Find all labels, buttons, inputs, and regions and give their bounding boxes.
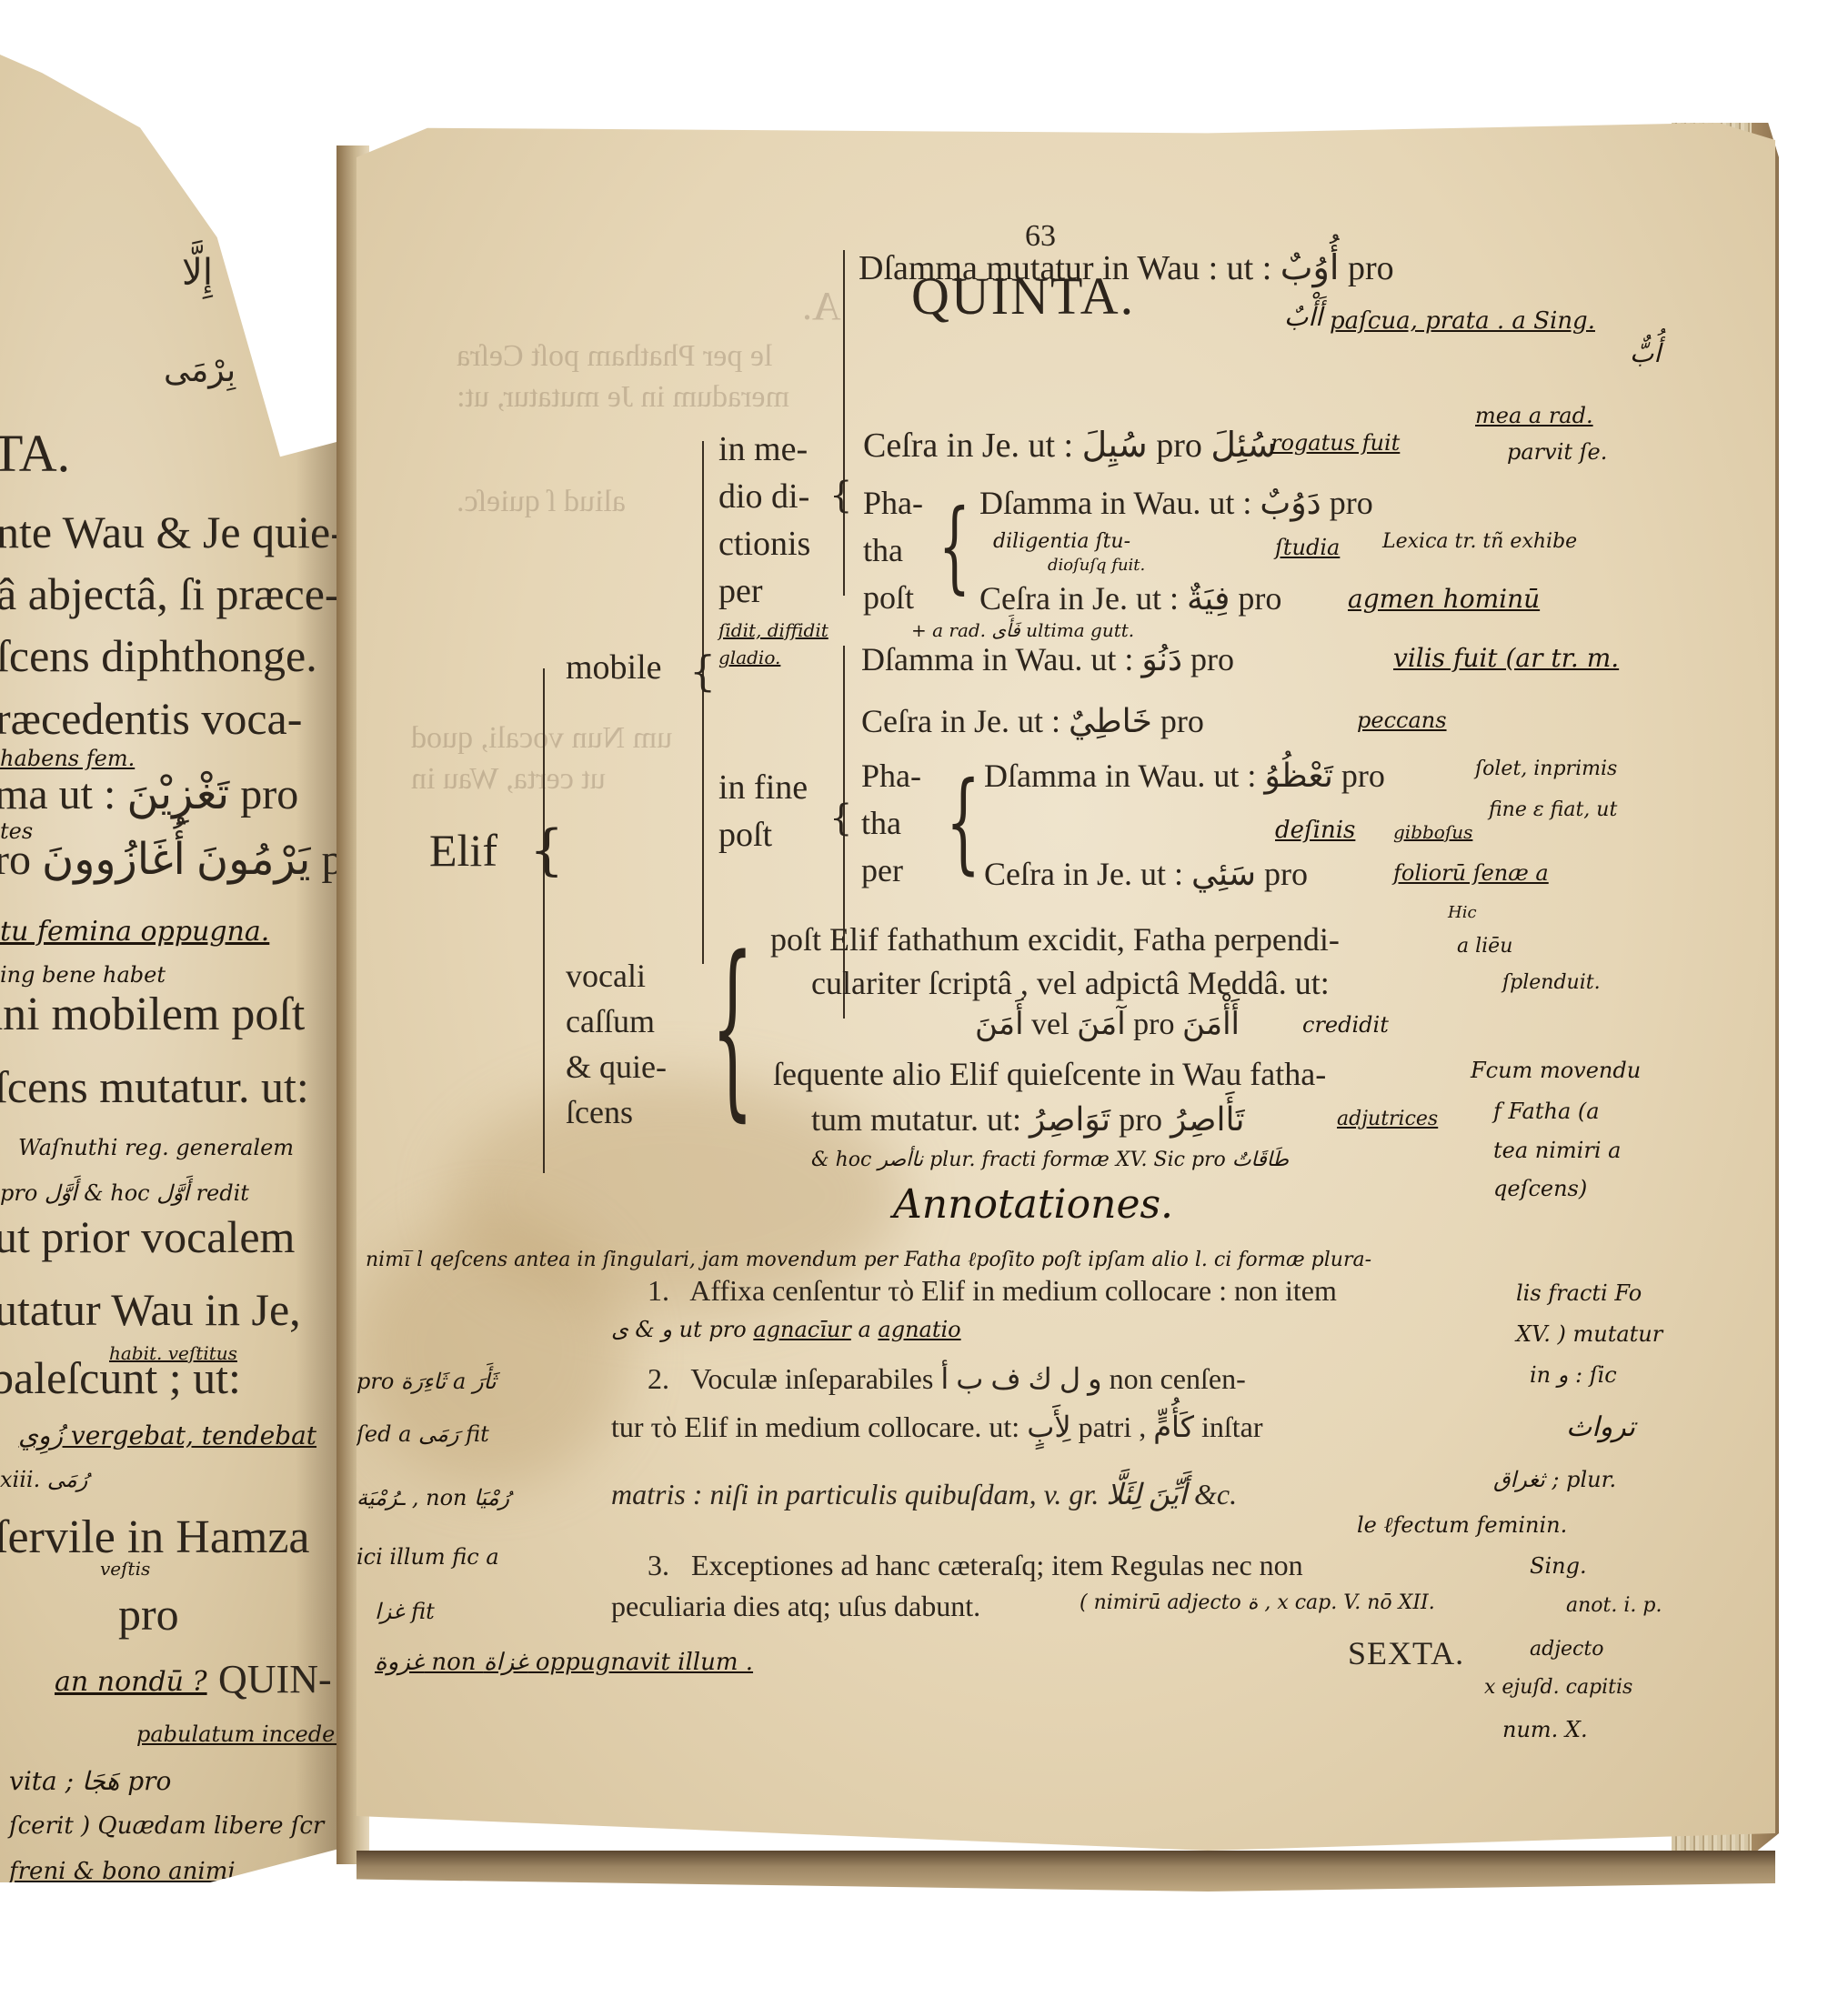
- gloss-ubb: أُبٌّ: [1630, 341, 1661, 366]
- vocali-rule-2: culariter ſcriptâ , vel adpictâ Meddâ. u…: [811, 967, 1330, 999]
- rule-arabic: سَئِي: [1191, 856, 1256, 893]
- left-line-14: QUIN-: [218, 1660, 332, 1700]
- gloss-part: pro: [708, 1317, 746, 1342]
- annotations-heading: Annotationes.: [893, 1185, 1173, 1225]
- gloss-qescens: qeſcens): [1493, 1178, 1587, 1199]
- left-hand-habens: habens fem.: [0, 748, 135, 769]
- gloss-ghaza: غزا fit: [375, 1601, 435, 1622]
- gloss-rogatus: rogatus fuit: [1270, 432, 1400, 454]
- rule-text: Ceſra in Je. ut :: [861, 703, 1060, 739]
- gloss-plur-fracti: & hoc ناأصر plur. fracti formæ XV. Sic p…: [811, 1150, 1289, 1170]
- rule-text: Dſamma in Wau. ut :: [984, 758, 1256, 794]
- gloss-foliorum: foliorū ſenæ a: [1393, 862, 1549, 884]
- gloss-pascua: paſcua, prata . a Sing.: [1330, 309, 1595, 333]
- margin-plur: ثغراق ; plur.: [1493, 1469, 1616, 1490]
- gloss-agmen: agmen hominū: [1348, 587, 1540, 612]
- left-line-13: pro: [118, 1591, 179, 1637]
- gloss-ici-illum: ici illum fic a: [357, 1546, 499, 1568]
- gloss-peccans: peccans: [1357, 709, 1447, 731]
- rule-medio-dsamma: Dſamma mutatur in Wau : ut : أُوُبٌ pro: [859, 250, 1394, 286]
- bleed-through-1: le per Phatham poſt Ceſra: [457, 341, 772, 372]
- rule-pro: pro: [1238, 580, 1281, 617]
- gloss-sidit: ſidit, diffidit: [718, 621, 829, 639]
- brace-medio-point: {: [829, 477, 852, 514]
- left-line-10: utatur Wau in Je,: [0, 1287, 301, 1332]
- gloss-fine-fiat: fine ε fiat, ut: [1489, 800, 1617, 820]
- catchword: SEXTA.: [1348, 1637, 1464, 1670]
- bleed-through-2: meradum in Je mutatur, ut:: [457, 382, 789, 413]
- margin-feminin: le ℓfectum feminin.: [1357, 1514, 1567, 1536]
- annotation-3: 3. Exceptiones ad hanc cæteraſq; item Re…: [648, 1550, 1303, 1580]
- brace-mobile-point: {: [689, 650, 716, 692]
- branch-vocali-2: caſſum: [566, 1005, 655, 1038]
- left-hand-bene: ing bene habet: [0, 964, 166, 986]
- bleed-through-4: um Nun vocali, quod: [411, 723, 672, 754]
- rule-fine-dsamma: Dſamma in Wau. ut : دَنُوَ pro: [861, 643, 1234, 677]
- sub-phatha-post-2: tha: [863, 534, 903, 567]
- rule-pro: pro: [1156, 426, 1202, 465]
- branch-vocali-1: vocali: [566, 959, 646, 992]
- tree-root-elif: Elif: [429, 828, 497, 873]
- bleed-through-5: ut certa, Wau in: [411, 764, 606, 795]
- brace-elif: [543, 668, 545, 1173]
- rule-pro: pro: [1341, 758, 1385, 794]
- branch-vocali-4: ſcens: [566, 1096, 633, 1129]
- gloss-under-annotations: nimi̅ l qeſcens antea in ſingulari, jam …: [366, 1250, 1371, 1270]
- annotation-3-cont: peculiaria dies atq; uſus dabunt.: [611, 1591, 980, 1621]
- rule-arabic2: سُئِلَ: [1210, 425, 1276, 465]
- left-line-11: baleſcunt ; ut:: [0, 1355, 241, 1400]
- sub-phatha-per-3: per: [861, 854, 903, 887]
- left-line-7: ani mobilem poſt: [0, 991, 305, 1039]
- rule-text: Dſamma mutatur in Wau : ut :: [859, 249, 1271, 287]
- annotation-1: 1. Affixa cenſentur τὸ Elif in medium co…: [648, 1276, 1337, 1305]
- brace-medio: [843, 250, 845, 596]
- annotation-text: Voculæ inſeparabiles و ل ك ف ب أ non cen…: [690, 1362, 1245, 1395]
- sub-phatha-per-1: Pha-: [861, 759, 921, 792]
- annotation-number: 1.: [648, 1274, 669, 1307]
- page-stack-bottom: [357, 1851, 1775, 1892]
- left-line-2: â abjectâ, ſi præce-: [0, 571, 340, 617]
- gloss-diosusq: dioſuſq fuit.: [1048, 557, 1145, 574]
- gloss-part: agnatio: [878, 1317, 960, 1342]
- bleed-through-3: aliud ſ quieſc.: [457, 487, 626, 517]
- left-hand-annondu: an nondū ?: [55, 1669, 207, 1696]
- rule-phatha-per-cesra: Ceſra in Je. ut : سَئِي pro: [984, 858, 1308, 891]
- annotation-2-cont: tur τὸ Elif in medium collocare. ut: لِأ…: [611, 1412, 1263, 1441]
- vocali-rule-3: أَمَنَ vel آمَنَ pro أَأْمَنَ: [975, 1009, 1240, 1040]
- left-page: إِلَّا بِرْمَى TA. nte Wau & Je quie- â …: [0, 55, 350, 1882]
- rule-arabic: سُيِلَ: [1082, 425, 1148, 465]
- gloss-mea: mea a rad.: [1475, 405, 1593, 426]
- rule-text: Dſamma in Wau. ut :: [979, 485, 1251, 521]
- left-hand-xiii: xiii. رُمَى: [0, 1469, 87, 1490]
- page-number: 63: [1025, 221, 1056, 252]
- rule-arabic: تَعْظُوُ: [1264, 758, 1333, 795]
- left-line-4: præcedentis voca-: [0, 696, 302, 741]
- rule-text: Ceſra in Je. ut :: [979, 580, 1179, 617]
- left-arabic-top-2: بِرْمَى: [164, 355, 236, 387]
- gloss-fatha: f Fatha (a: [1493, 1100, 1600, 1122]
- vocali-rule-4: ſequente alio Elif quieſcente in Wau fat…: [773, 1058, 1326, 1090]
- left-hand-wasmuthi: Waſnuthi reg. generalem: [18, 1137, 294, 1159]
- rule-medio-cesra: Ceſra in Je. ut : سُيِلَ pro سُئِلَ: [863, 427, 1276, 463]
- gloss-ultima: + a rad. فَأَى ultima gutt.: [911, 621, 1134, 639]
- rule-text: Dſamma in Wau. ut :: [861, 641, 1133, 677]
- rule-pro: pro: [1330, 485, 1373, 521]
- sub-fine-2: poſt: [718, 818, 772, 852]
- margin-num-x: num. X.: [1502, 1719, 1588, 1741]
- brace-vocali: {: [711, 932, 754, 1123]
- annotation-2: 2. Voculæ inſeparabiles و ل ك ف ب أ non …: [648, 1364, 1246, 1393]
- left-hand-scerit: ſcerit ) Quædam libere ſcr: [9, 1814, 324, 1838]
- left-hand-vita: vita ; هَجَا pro: [9, 1769, 171, 1794]
- rule-phatha-post-dsamma: Dſamma in Wau. ut : دَوُبٌ pro: [979, 487, 1373, 520]
- vocali-rule-1: poſt Elif fathathum excidit, Fatha perpe…: [770, 923, 1340, 956]
- rule-arabic: دَوُبٌ: [1260, 485, 1321, 522]
- left-hand-pabulatum: pabulatum incedens: [136, 1723, 350, 1745]
- gloss-adjutrices: adjutrices: [1337, 1109, 1438, 1129]
- gloss-lieu: a liēu: [1457, 937, 1512, 957]
- sub-fine-1: in fine: [718, 770, 808, 805]
- gloss-part: agnacīur: [753, 1317, 850, 1342]
- margin-xv: XV. ) mutatur: [1516, 1323, 1662, 1345]
- left-hand-freni: freni & bono animi: [9, 1860, 236, 1882]
- gloss-gibbosus: gibboſus: [1393, 823, 1472, 841]
- left-line-1: nte Wau & Je quie-: [0, 509, 346, 555]
- sub-medio-3: ctionis: [718, 527, 810, 561]
- branch-mobile: mobile: [566, 650, 662, 685]
- gloss-affixa: و & ى ut pro agnacīur a agnatio: [611, 1319, 961, 1340]
- gloss-part: و & ى ut: [611, 1317, 702, 1342]
- gloss-diligentia: diligentia ſtu-: [993, 532, 1130, 552]
- margin-in-waw: in و : ſic: [1530, 1364, 1617, 1386]
- left-line-8: ſcens mutatur. ut:: [0, 1064, 309, 1109]
- gloss-sed-rama: ſed a رَمَى fit: [357, 1423, 489, 1445]
- sub-medio-4: per: [718, 574, 763, 608]
- rule-phatha-post-cesra: Ceſra in Je. ut : فِيَةٌ pro: [979, 582, 1281, 616]
- margin-ejusd: x ejuſd. capitis: [1484, 1678, 1632, 1698]
- rule-arabic: دَنُوَ: [1141, 641, 1182, 678]
- left-line-5: ma ut : تَغْزِيْنَ pro: [0, 773, 298, 817]
- brace-elif-point: {: [529, 823, 564, 878]
- rule-arabic: خَاطِيٌ: [1069, 703, 1152, 740]
- brace-phatha-per: {: [946, 768, 980, 878]
- annotation-number: 2.: [648, 1362, 669, 1395]
- rule-pro: pro: [1264, 856, 1308, 892]
- rule-pro: pro: [1190, 641, 1234, 677]
- rule-phatha-per-dsamma: Dſamma in Wau. ut : تَعْظُوُ pro: [984, 759, 1385, 793]
- brace-fine-point: {: [829, 800, 852, 837]
- left-line-9: ut prior vocalem: [0, 1214, 295, 1259]
- annotation-text: Exceptiones ad hanc cæteraſq; item Regul…: [691, 1549, 1303, 1581]
- left-line-3: ſcens diphthonge.: [0, 633, 317, 678]
- annotation-number: 3.: [648, 1549, 669, 1581]
- bleed-through-heading: A.: [802, 286, 841, 326]
- rule-arabic: فِيَةٌ: [1187, 580, 1230, 617]
- gloss-oppugnavit: غزوة non غزاة oppugnavit illum .: [375, 1651, 753, 1674]
- gloss-tea: tea nimiri a: [1493, 1139, 1621, 1161]
- left-hand-femina: tu femina oppugna.: [0, 918, 269, 946]
- gloss-fcum: Fcum movendu: [1471, 1059, 1641, 1081]
- vocali-rule-5: tum mutatur. ut: تَوَاصِرُ pro تَأَاصِرُ: [811, 1103, 1244, 1136]
- margin-adjecto: adjecto: [1530, 1640, 1603, 1660]
- gloss-parvit: parvit ſe.: [1507, 441, 1607, 463]
- left-hand-pro-awwal: pro أَوَّل & hoc أَوَّل redit: [0, 1182, 249, 1204]
- brace-phatha-post: {: [939, 496, 970, 596]
- gloss-vilis: vilis fuit (ar tr. m.: [1393, 646, 1619, 671]
- sub-phatha-post-1: Pha-: [863, 487, 923, 519]
- margin-tharwat: ترواث: [1566, 1414, 1635, 1441]
- margin-sing: Sing.: [1530, 1555, 1587, 1577]
- left-arabic-top-1: إِلَّا: [182, 255, 213, 291]
- annotation-2-cont-2: matris : niſi in particulis quibuſdam, v…: [611, 1480, 1237, 1509]
- sub-medio-1: in me-: [718, 432, 808, 467]
- rule-medio-dsamma-arabic2: أَأْبٌ: [1284, 305, 1322, 330]
- rule-arabic: أُوُبٌ: [1281, 247, 1340, 287]
- gloss-part: a: [858, 1317, 870, 1342]
- gloss-solet: ſolet, inprimis: [1475, 759, 1617, 779]
- branch-vocali-3: & quie-: [566, 1050, 667, 1083]
- left-hand-vestis: veſtis: [100, 1560, 150, 1578]
- rule-fine-cesra: Ceſra in Je. ut : خَاطِيٌ pro: [861, 705, 1204, 738]
- left-line-6: pro يَرْمُونَ أُغَازُوونَ pro: [0, 838, 350, 882]
- gloss-pro-thaira: pro ثَاءِرَة a ثَأَرَ: [357, 1370, 497, 1392]
- gloss-rumya: ـرُمْيَة , non رُمْيَا: [357, 1487, 509, 1509]
- gloss-splenduit: ſplenduit.: [1502, 973, 1601, 993]
- rule-text: Ceſra in Je. ut :: [863, 426, 1073, 465]
- gloss-lexica: Lexica tr. tñ exhibe: [1382, 532, 1577, 552]
- gloss-peculiaria: ( nimirū adjecto ة , x cap. V. nō XII.: [1080, 1593, 1435, 1613]
- margin-fracti: lis fracti Fo: [1516, 1282, 1642, 1304]
- rule-text: Ceſra in Je. ut :: [984, 856, 1183, 892]
- left-heading-fragment: TA.: [0, 427, 70, 480]
- gloss-hic: Hic: [1448, 905, 1477, 921]
- gloss-gladio: gladio.: [718, 648, 780, 667]
- margin-anot: anot. i. p.: [1566, 1596, 1662, 1616]
- rule-pro: pro: [1160, 703, 1204, 739]
- rule-pro: pro: [1348, 249, 1394, 287]
- brace-mobile: [702, 441, 704, 964]
- left-line-12: ſervile in Hamza: [0, 1514, 310, 1561]
- gloss-studia: ſtudia: [1275, 537, 1340, 558]
- gloss-credidit: credidit: [1302, 1014, 1389, 1036]
- sub-phatha-per-2: tha: [861, 807, 901, 839]
- sub-medio-2: dio di-: [718, 479, 809, 514]
- annotation-text: Affixa cenſentur τὸ Elif in medium collo…: [689, 1274, 1337, 1307]
- right-page: le per Phatham poſt Ceſra meradum in Je …: [357, 123, 1775, 1851]
- left-hand-vergebat: زُوِي vergebat, tendebat: [18, 1423, 316, 1449]
- gloss-desinis: deſinis: [1275, 818, 1355, 842]
- sub-phatha-post-3: poſt: [863, 581, 914, 614]
